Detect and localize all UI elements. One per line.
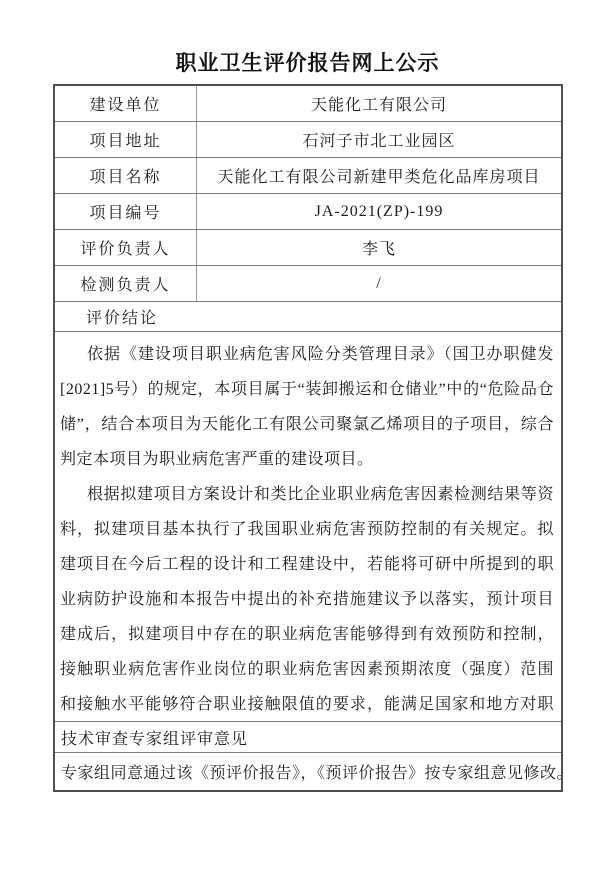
page-title: 职业卫生评价报告网上公示 xyxy=(0,0,615,77)
table-row-evaluation-manager: 评价负责人 李飞 xyxy=(55,230,561,266)
table-row-construction-unit: 建设单位 天能化工有限公司 xyxy=(55,86,561,122)
table-row-testing-manager: 检测负责人 / xyxy=(55,266,561,302)
table-row-project-number: 项目编号 JA-2021(ZP)-199 xyxy=(55,194,561,230)
expert-opinion-label: 技术审查专家组评审意见 xyxy=(61,726,248,749)
table-row-project-name: 项目名称 天能化工有限公司新建甲类危化品库房项目 xyxy=(55,158,561,194)
publicity-table: 建设单位 天能化工有限公司 项目地址 石河子市北工业园区 项目名称 天能化工有限… xyxy=(53,84,563,792)
row-value: JA-2021(ZP)-199 xyxy=(197,194,561,229)
row-label: 项目地址 xyxy=(55,122,197,157)
document-page: { "page_title": "职业卫生评价报告网上公示", "colors"… xyxy=(0,0,615,874)
expert-opinion-text: 专家组同意通过该《预评价报告》，《预评价报告》按专家组意见修改。 xyxy=(61,760,561,783)
row-value: 天能化工有限公司新建甲类危化品库房项目 xyxy=(197,158,561,193)
table-row-project-address: 项目地址 石河子市北工业园区 xyxy=(55,122,561,158)
row-value: 石河子市北工业园区 xyxy=(197,122,561,157)
conclusion-label: 评价结论 xyxy=(86,305,158,328)
row-label: 检测负责人 xyxy=(55,266,197,301)
row-label: 建设单位 xyxy=(55,86,197,121)
row-label: 项目编号 xyxy=(55,194,197,229)
conclusion-content-row: 依据《建设项目职业病危害风险分类管理目录》（国卫办职健发[2021]5号）的规定… xyxy=(55,332,561,722)
conclusion-label-row: 评价结论 xyxy=(55,302,561,332)
row-value: 李飞 xyxy=(197,230,561,265)
row-label: 评价负责人 xyxy=(55,230,197,265)
expert-opinion-label-row: 技术审查专家组评审意见 xyxy=(55,722,561,753)
conclusion-paragraph-2: 根据拟建项目方案设计和类比企业职业病危害因素检测结果等资料，拟建项目基本执行了我… xyxy=(60,477,554,722)
row-value: 天能化工有限公司 xyxy=(197,86,561,121)
row-label: 项目名称 xyxy=(55,158,197,193)
conclusion-paragraph-1: 依据《建设项目职业病危害风险分类管理目录》（国卫办职健发[2021]5号）的规定… xyxy=(60,337,554,477)
expert-opinion-value-row: 专家组同意通过该《预评价报告》，《预评价报告》按专家组意见修改。 xyxy=(55,753,561,790)
row-value: / xyxy=(197,266,561,301)
